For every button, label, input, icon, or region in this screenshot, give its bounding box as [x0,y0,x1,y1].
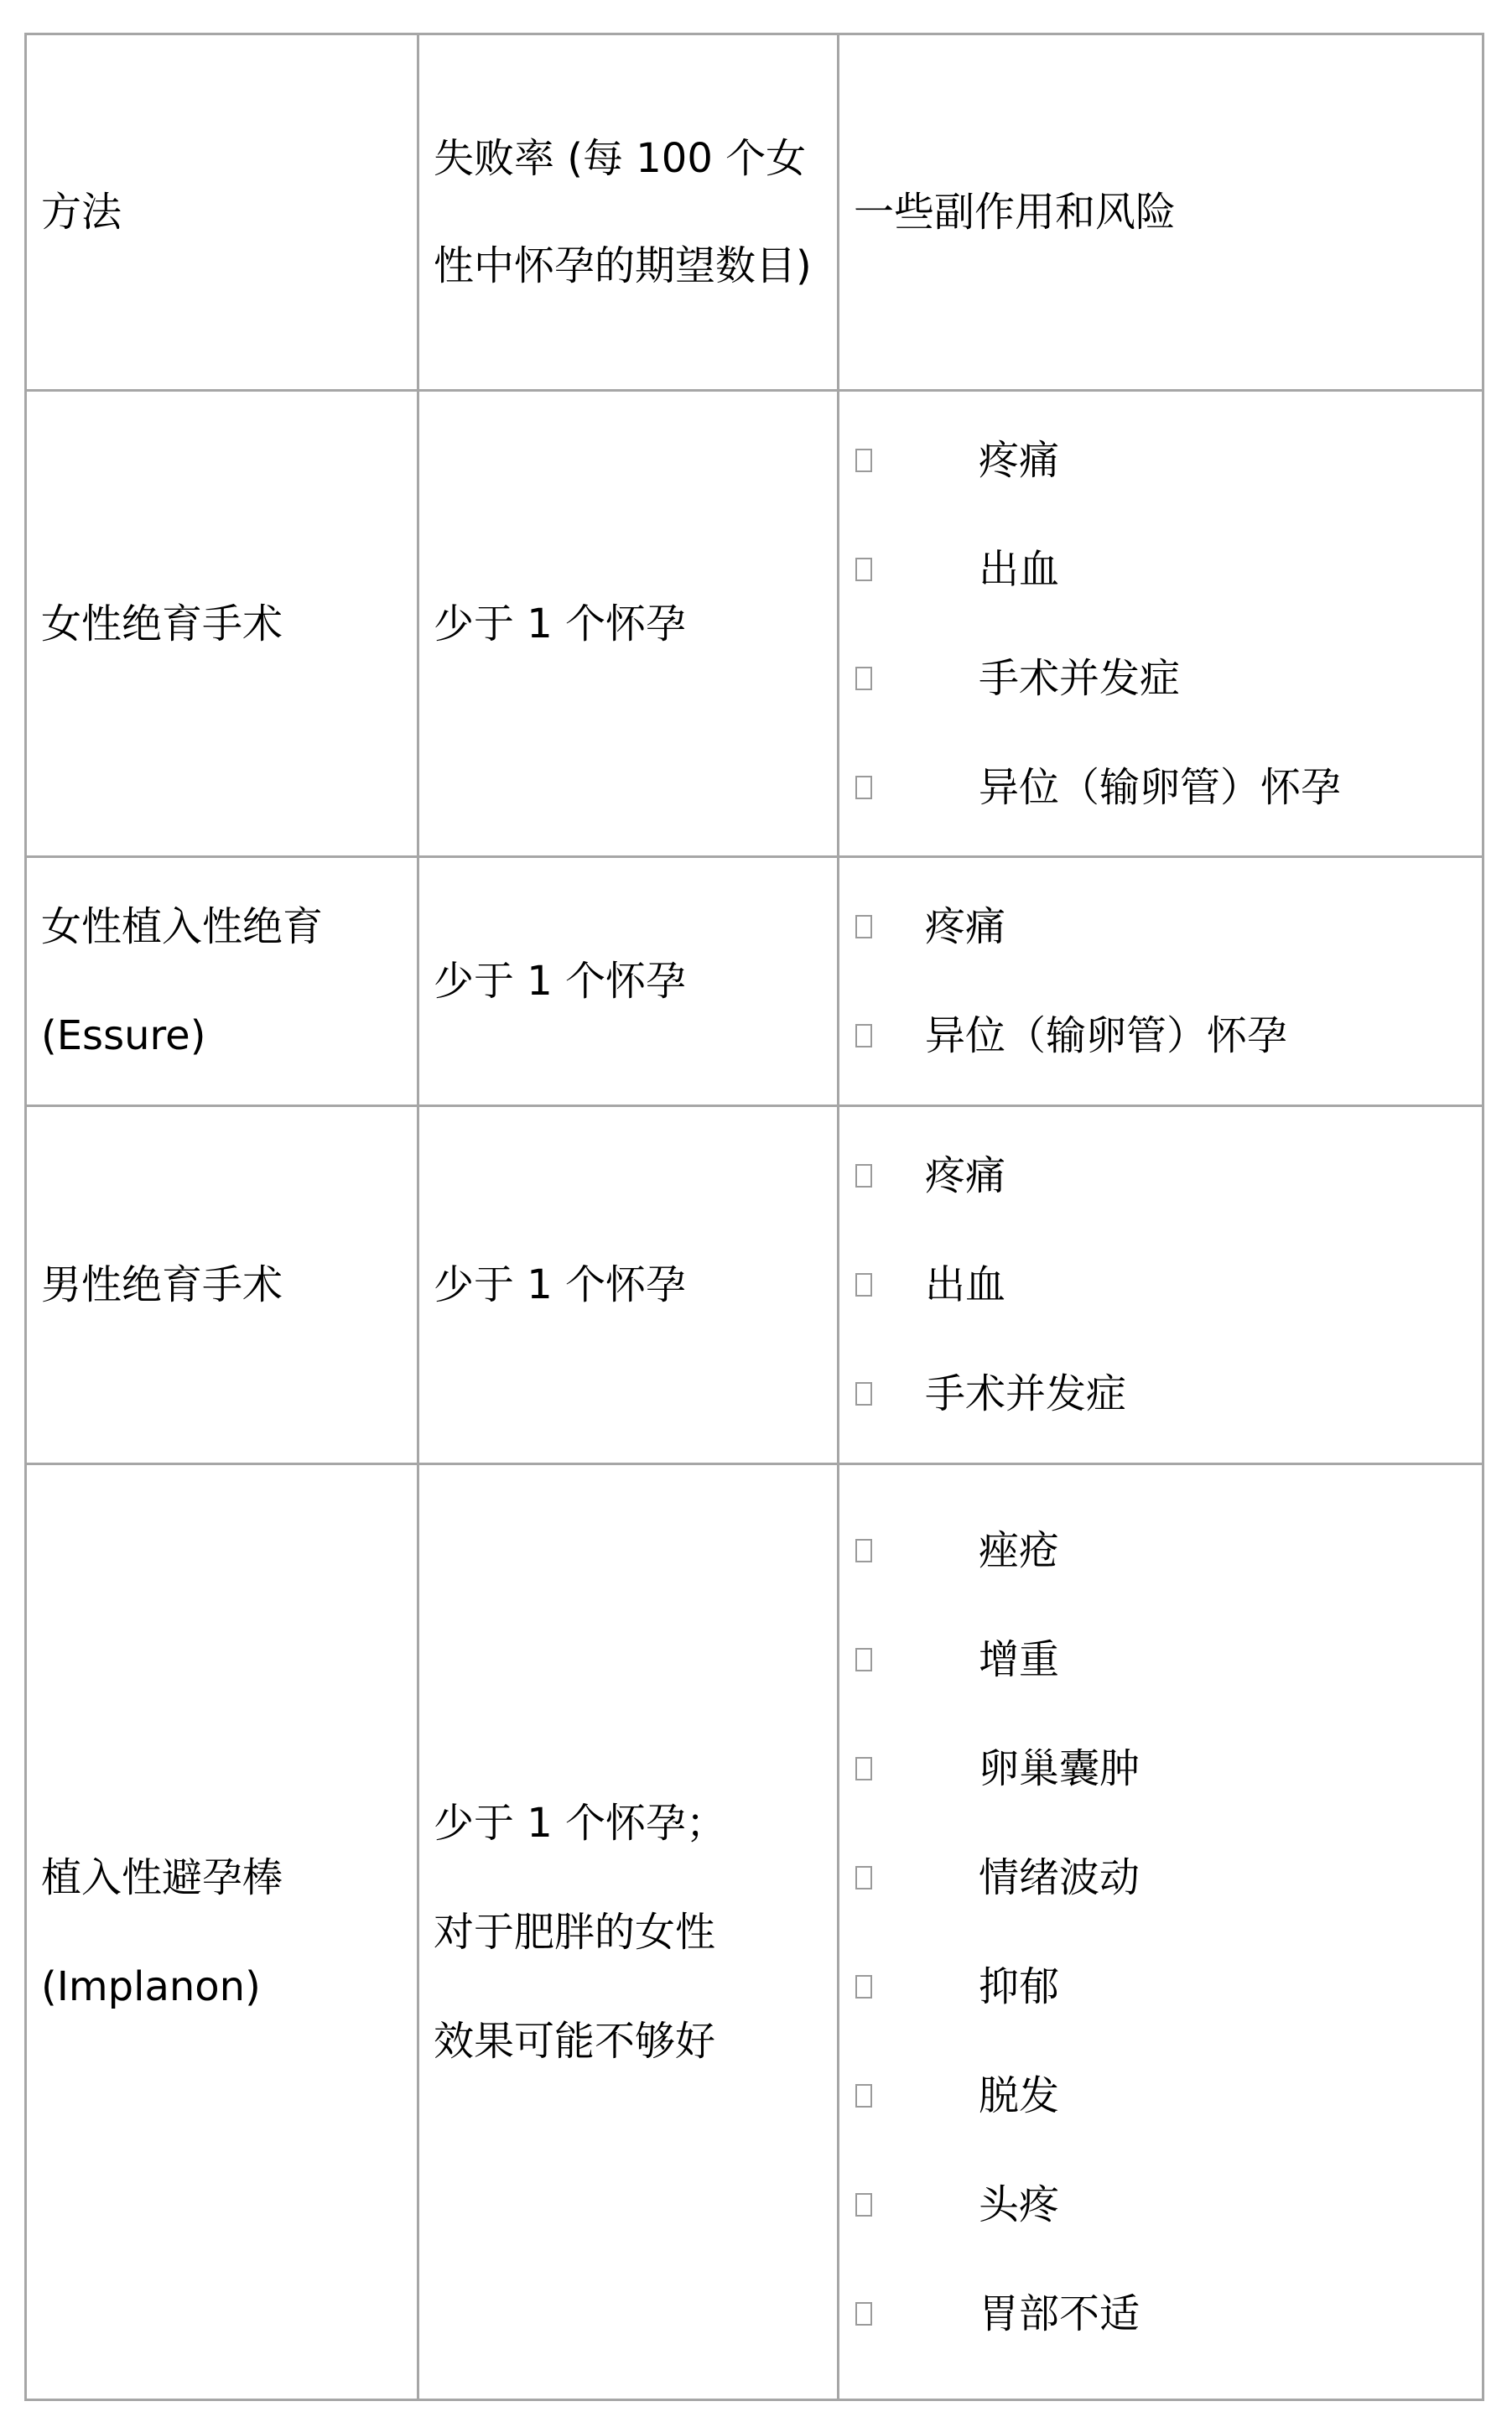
side-effect-label: 情绪波动 [979,1824,1140,1931]
square-bullet-icon [855,2302,872,2326]
failure-rate-cell: 少于 1 个怀孕 [418,391,839,857]
list-item: 痤疮 [854,1496,1482,1605]
side-effect-label: 异位（输卵管）怀孕 [979,734,1341,841]
failure-rate-value: 少于 1 个怀孕 [434,928,837,1035]
method-cell: 男性绝育手术 [26,1106,418,1464]
square-bullet-icon [855,1757,872,1780]
header-failure-rate: 失败率 (每 100 个女 性中怀孕的期望数目) [418,34,839,391]
method-brand: (Implanon) [41,1932,417,2041]
side-effect-label: 头疼 [979,2151,1059,2258]
square-bullet-icon [855,1164,872,1188]
table-row: 女性植入性绝育 (Essure) 少于 1 个怀孕 疼痛 异位（输卵管）怀孕 [26,857,1483,1106]
header-failure-rate-line: 失败率 (每 100 个女 [434,105,837,212]
method-name: 女性绝育手术 [41,570,417,678]
list-item: 情绪波动 [854,1823,1482,1932]
list-item: 头疼 [854,2150,1482,2259]
list-item: 疼痛 [854,872,1482,981]
side-effects-list: 痤疮 增重 卵巢囊肿 情绪波动 抑郁 脱发 头疼 胃部不适 [854,1496,1482,2368]
square-bullet-icon [855,1273,872,1297]
side-effects-cell: 疼痛 异位（输卵管）怀孕 [839,857,1483,1106]
method-name: 植入性避孕棒 [41,1823,417,1932]
square-bullet-icon [855,1539,872,1562]
square-bullet-icon [855,2084,872,2108]
header-side-effects-label: 一些副作用和风险 [854,159,1482,266]
side-effect-label: 胃部不适 [979,2260,1140,2368]
method-name: 女性植入性绝育 [41,872,417,981]
side-effects-list: 疼痛 出血 手术并发症 异位（输卵管）怀孕 [854,406,1482,842]
side-effect-label: 异位（输卵管）怀孕 [925,982,1287,1089]
side-effect-label: 出血 [979,516,1059,623]
failure-rate-note: 效果可能不够好 [434,1987,837,2096]
header-row: 方法 失败率 (每 100 个女 性中怀孕的期望数目) 一些副作用和风险 [26,34,1483,391]
side-effects-list: 疼痛 出血 手术并发症 [854,1121,1482,1448]
square-bullet-icon [855,915,872,938]
square-bullet-icon [855,667,872,690]
header-method: 方法 [26,34,418,391]
list-item: 胃部不适 [854,2259,1482,2368]
list-item: 疼痛 [854,1121,1482,1230]
side-effect-label: 疼痛 [979,407,1059,514]
square-bullet-icon [855,1648,872,1671]
list-item: 异位（输卵管）怀孕 [854,981,1482,1090]
contraception-table: 方法 失败率 (每 100 个女 性中怀孕的期望数目) 一些副作用和风险 女性绝… [24,33,1484,2401]
side-effect-label: 疼痛 [925,1122,1005,1229]
square-bullet-icon [855,1975,872,1999]
side-effects-cell: 疼痛 出血 手术并发症 异位（输卵管）怀孕 [839,391,1483,857]
square-bullet-icon [855,558,872,581]
side-effect-label: 出血 [925,1231,1005,1338]
side-effect-label: 疼痛 [925,873,1005,980]
side-effect-label: 手术并发症 [925,1340,1126,1448]
square-bullet-icon [855,449,872,472]
side-effect-label: 手术并发症 [979,625,1180,732]
table-row: 植入性避孕棒 (Implanon) 少于 1 个怀孕； 对于肥胖的女性 效果可能… [26,1464,1483,2400]
square-bullet-icon [855,1382,872,1406]
square-bullet-icon [855,1024,872,1047]
list-item: 抑郁 [854,1932,1482,2041]
method-cell: 女性绝育手术 [26,391,418,857]
header-side-effects: 一些副作用和风险 [839,34,1483,391]
table-row: 女性绝育手术 少于 1 个怀孕 疼痛 出血 手术并发症 异位（输卵管）怀孕 [26,391,1483,857]
list-item: 出血 [854,515,1482,624]
square-bullet-icon [855,2193,872,2217]
list-item: 手术并发症 [854,624,1482,733]
header-method-label: 方法 [41,159,417,266]
square-bullet-icon [855,776,872,799]
table-row: 男性绝育手术 少于 1 个怀孕 疼痛 出血 手术并发症 [26,1106,1483,1464]
list-item: 异位（输卵管）怀孕 [854,733,1482,842]
list-item: 脱发 [854,2041,1482,2150]
list-item: 出血 [854,1230,1482,1339]
failure-rate-value: 少于 1 个怀孕； [434,1769,837,1878]
side-effect-label: 脱发 [979,2042,1059,2149]
failure-rate-cell: 少于 1 个怀孕 [418,857,839,1106]
failure-rate-cell: 少于 1 个怀孕； 对于肥胖的女性 效果可能不够好 [418,1464,839,2400]
side-effect-label: 抑郁 [979,1933,1059,2040]
side-effects-list: 疼痛 异位（输卵管）怀孕 [854,872,1482,1090]
list-item: 卵巢囊肿 [854,1714,1482,1823]
failure-rate-value: 少于 1 个怀孕 [434,1231,837,1338]
method-cell: 女性植入性绝育 (Essure) [26,857,418,1106]
failure-rate-value: 少于 1 个怀孕 [434,570,837,678]
failure-rate-note: 对于肥胖的女性 [434,1878,837,1987]
square-bullet-icon [855,1866,872,1889]
side-effects-cell: 疼痛 出血 手术并发症 [839,1106,1483,1464]
side-effect-label: 卵巢囊肿 [979,1715,1140,1822]
method-name: 男性绝育手术 [41,1231,417,1338]
method-brand: (Essure) [41,981,417,1090]
list-item: 增重 [854,1605,1482,1714]
method-cell: 植入性避孕棒 (Implanon) [26,1464,418,2400]
list-item: 疼痛 [854,406,1482,515]
side-effect-label: 增重 [979,1606,1059,1713]
failure-rate-cell: 少于 1 个怀孕 [418,1106,839,1464]
header-failure-rate-line: 性中怀孕的期望数目) [434,212,837,320]
side-effects-cell: 痤疮 增重 卵巢囊肿 情绪波动 抑郁 脱发 头疼 胃部不适 [839,1464,1483,2400]
side-effect-label: 痤疮 [979,1497,1059,1604]
list-item: 手术并发症 [854,1339,1482,1448]
